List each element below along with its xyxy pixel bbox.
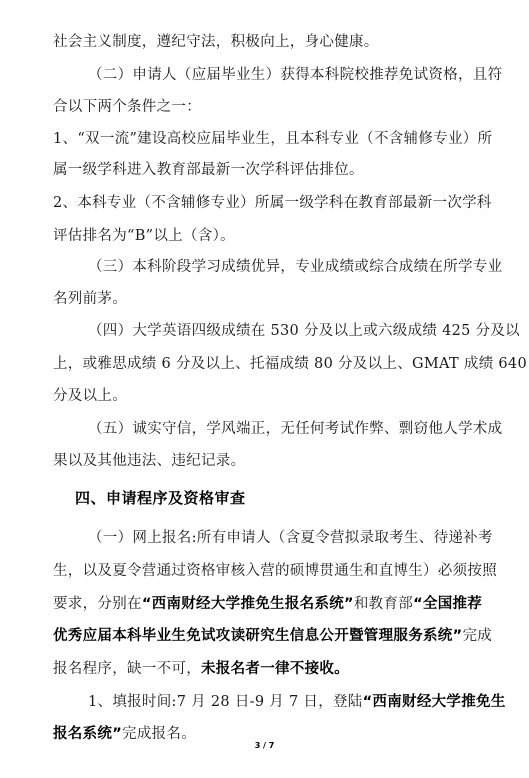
text-line: 名列前茅。 (53, 289, 477, 309)
bold-system-name: 报名系统” (53, 726, 122, 742)
text-line: 社会主义制度，遵纪守法，积极向上，身心健康。 (53, 32, 477, 52)
text-span: 报名程序，缺一不可， (53, 661, 201, 677)
text-line: 优秀应届本科毕业生免试攻读研究生信息公开暨管理服务系统”完成 (53, 626, 477, 646)
text-line: （二）申请人（应届毕业生）获得本科院校推荐免试资格，且符 (88, 65, 477, 85)
text-line: 分及以上。 (53, 386, 477, 406)
text-span: 和教育部 (354, 596, 413, 612)
text-line: 合以下两个条件之一： (53, 97, 477, 117)
text-line: （四）大学英语四级成绩在 530 分及以上或六级成绩 425 分及以 (88, 321, 477, 341)
bold-system-name: “全国推荐 (413, 596, 482, 612)
text-line: （三）本科阶段学习成绩优异，专业成绩或综合成绩在所学专业 (88, 257, 477, 277)
text-line: 报名程序，缺一不可，未报名者一律不接收。 (53, 659, 477, 679)
text-line: 1、填报时间:7 月 28 日-9 月 7 日，登陆“西南财经大学推免生 (88, 692, 477, 712)
text-line: 果以及其他违法、违纪记录。 (53, 451, 477, 471)
text-line: 生，以及夏令营通过资格审核入营的硕博贯通生和直博生）必须按照 (53, 561, 477, 581)
text-line: 1、“双一流”建设高校应届毕业生，且本科专业（不含辅修专业）所 (53, 129, 477, 149)
text-line: （一）网上报名:所有申请人（含夏令营拟录取考生、待递补考 (88, 528, 477, 548)
bold-system-name: “西南财经大学推免生 (363, 694, 506, 710)
text-span: 要求，分别在 (53, 596, 142, 612)
text-line: 属一级学科进入教育部最新一次学科评估排位。 (53, 160, 477, 180)
bold-warning: 未报名者一律不接收。 (201, 661, 349, 677)
section-heading: 四、申请程序及资格审查 (75, 487, 246, 508)
bold-system-name: “西南财经大学推免生报名系统” (142, 596, 354, 612)
text-line: 上，或雅思成绩 6 分及以上、托福成绩 80 分及以上、GMAT 成绩 640 (53, 354, 477, 374)
text-span: 完成报名。 (122, 726, 196, 742)
text-span: 完成 (462, 628, 492, 644)
text-line: （五）诚实守信，学风端正，无任何考试作弊、剽窃他人学术成 (88, 419, 477, 439)
bold-system-name: 优秀应届本科毕业生免试攻读研究生信息公开暨管理服务系统” (53, 628, 462, 644)
page-number: 3 / 7 (0, 741, 529, 750)
text-line: 要求，分别在“西南财经大学推免生报名系统”和教育部“全国推荐 (53, 594, 477, 614)
text-line: 2、本科专业（不含辅修专业）所属一级学科在教育部最新一次学科 (53, 193, 477, 213)
text-line: 评估排名为“B”以上（含）。 (53, 226, 477, 246)
text-span: 1、填报时间:7 月 28 日-9 月 7 日，登陆 (88, 694, 363, 710)
